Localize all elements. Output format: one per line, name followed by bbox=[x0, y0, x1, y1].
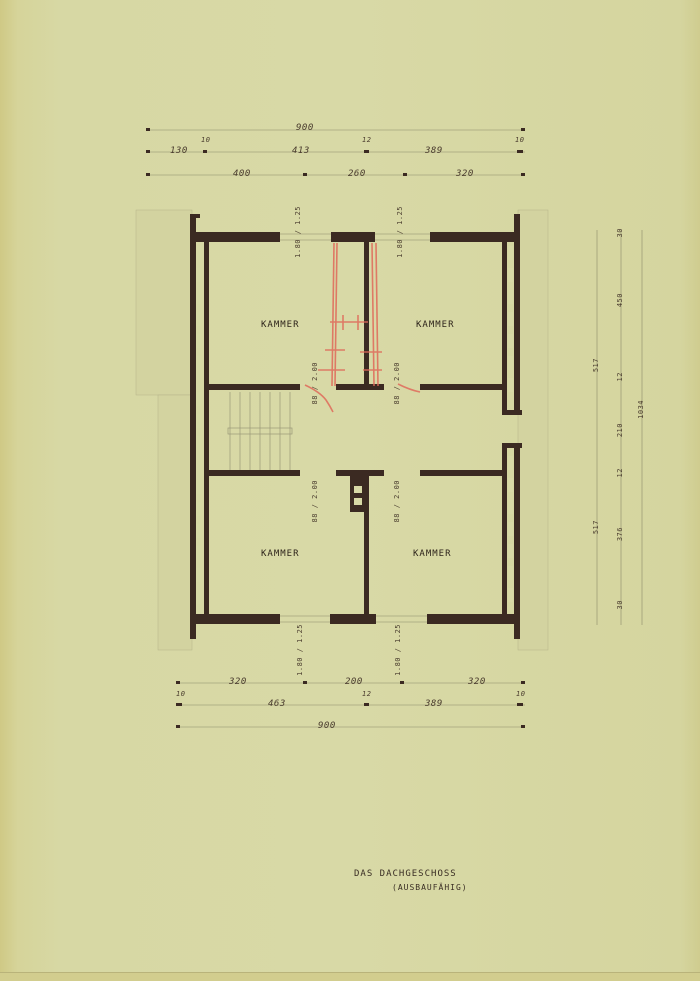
dim-bottom-row1-1: 200 bbox=[345, 677, 363, 687]
exterior-wall-openings bbox=[196, 246, 513, 604]
dim-window-bottom-right: 1.80 / 1.25 bbox=[394, 624, 402, 676]
room-label-bottom-left: KAMMER bbox=[261, 549, 300, 559]
window-lines bbox=[280, 234, 430, 622]
drawing-title: DAS DACHGESCHOSS (AUSBAUFÄHIG) bbox=[354, 868, 468, 894]
dim-top-row2-3: 12 bbox=[362, 136, 371, 144]
dim-bottom-row2-1: 463 bbox=[268, 699, 286, 709]
dim-bottom-row2-2: 12 bbox=[362, 690, 371, 698]
dim-top-row2-1: 10 bbox=[201, 136, 210, 144]
dim-right-col2-3: 210 bbox=[616, 423, 624, 437]
dim-window-top-right: 1.80 / 1.25 bbox=[396, 206, 404, 258]
dim-top-row3-2: 320 bbox=[456, 169, 474, 179]
paper-bottom-edge bbox=[0, 972, 700, 981]
dim-top-row2-2: 413 bbox=[292, 146, 310, 156]
dim-bottom-row2-4: 10 bbox=[516, 690, 525, 698]
dim-bottom-row1-0: 320 bbox=[229, 677, 247, 687]
dim-right-col2-5: 376 bbox=[616, 527, 624, 541]
dim-top-row2-5: 10 bbox=[515, 136, 524, 144]
room-label-top-right: KAMMER bbox=[416, 320, 455, 330]
stair bbox=[228, 392, 292, 470]
drawing-title-line1: DAS DACHGESCHOSS bbox=[354, 868, 468, 881]
dim-right-col1-1: 517 bbox=[592, 520, 600, 534]
dim-door-top-left: 88 / 2.00 bbox=[311, 362, 319, 404]
dim-top-row2-0: 130 bbox=[170, 146, 188, 156]
dim-bottom-row1-2: 320 bbox=[468, 677, 486, 687]
dim-right-col1-0: 517 bbox=[592, 358, 600, 372]
dim-right-col2-6: 30 bbox=[616, 600, 624, 609]
dim-top-row3-0: 400 bbox=[233, 169, 251, 179]
dim-right-col2-2: 12 bbox=[616, 372, 624, 381]
dim-right-col2-1: 450 bbox=[616, 293, 624, 307]
dim-right-col2-0: 30 bbox=[616, 228, 624, 237]
dim-door-bottom-left: 88 / 2.00 bbox=[311, 480, 319, 522]
dim-top-row3-1: 260 bbox=[348, 169, 366, 179]
dim-top-row2-4: 389 bbox=[425, 146, 443, 156]
dim-door-bottom-right: 88 / 2.00 bbox=[393, 480, 401, 522]
dim-right-outer: 1034 bbox=[637, 400, 645, 419]
dim-door-top-right: 88 / 2.00 bbox=[393, 362, 401, 404]
dim-bottom-row2-3: 389 bbox=[425, 699, 443, 709]
drawing-title-line2: (AUSBAUFÄHIG) bbox=[354, 881, 468, 894]
dim-window-bottom-left: 1.80 / 1.25 bbox=[296, 624, 304, 676]
dimension-ticks bbox=[146, 128, 525, 728]
dim-window-top-left: 1.80 / 1.25 bbox=[294, 206, 302, 258]
room-label-top-left: KAMMER bbox=[261, 320, 300, 330]
dim-right-col2-4: 12 bbox=[616, 468, 624, 477]
floor-plan-drawing bbox=[0, 0, 700, 981]
dim-bottom-row2-0: 10 bbox=[176, 690, 185, 698]
dim-top-overall: 900 bbox=[296, 123, 314, 133]
room-label-bottom-right: KAMMER bbox=[413, 549, 452, 559]
dim-bottom-overall: 900 bbox=[318, 721, 336, 731]
floor-plan-sheet: 900 130 10 413 12 389 10 400 260 320 320… bbox=[0, 0, 700, 981]
